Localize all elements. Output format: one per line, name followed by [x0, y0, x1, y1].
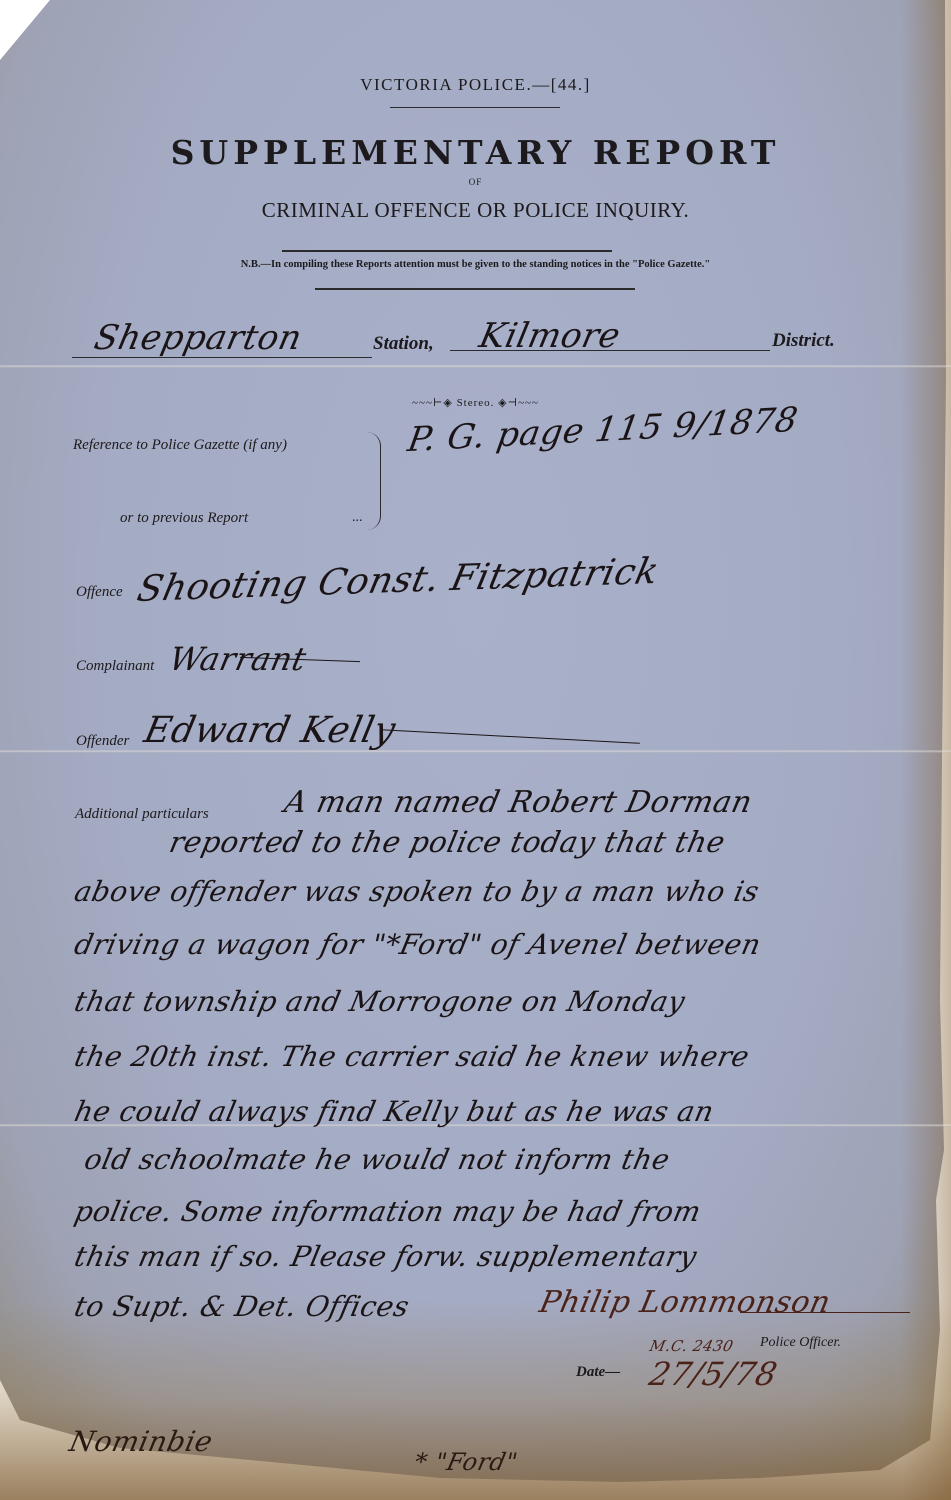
form-title: SUPPLEMENTARY REPORT — [0, 133, 951, 172]
additional-label: Additional particulars — [75, 806, 209, 823]
particulars-line-7: he could always find Kelly but as he was… — [71, 1095, 717, 1128]
date-value: 27/5/78 — [646, 1355, 781, 1393]
officer-signature: Philip Lommonson — [536, 1285, 834, 1320]
particulars-line-8: old schoolmate he would not inform the — [81, 1143, 672, 1176]
previous-report-dots: ... — [352, 510, 363, 526]
particulars-line-5: that township and Morrogone on Monday — [71, 985, 688, 1018]
divider — [315, 288, 635, 290]
form-header: VICTORIA POLICE.—[44.] — [0, 75, 951, 95]
officer-number: M.C. 2430 — [648, 1337, 735, 1355]
annotation-ford: * "Ford" — [412, 1448, 520, 1476]
officer-label: Police Officer. — [760, 1335, 841, 1351]
particulars-line-2: reported to the police today that the — [166, 825, 728, 859]
particulars-line-11: to Supt. & Det. Offices — [71, 1290, 412, 1323]
previous-report-label: or to previous Report — [120, 510, 248, 527]
particulars-line-10: this man if so. Please forw. supplementa… — [71, 1240, 699, 1273]
divider — [390, 107, 560, 108]
date-label: Date— — [576, 1364, 620, 1381]
form-subtitle: CRIMINAL OFFENCE OR POLICE INQUIRY. — [0, 198, 951, 223]
signature-flourish — [740, 1312, 910, 1313]
station-label: Station, — [373, 333, 434, 355]
station-value: Shepparton — [91, 318, 306, 358]
annotation-nominbie: Nominbie — [66, 1425, 215, 1458]
particulars-line-4: driving a wagon for "*Ford" of Avenel be… — [71, 928, 764, 961]
district-value: Kilmore — [476, 316, 624, 356]
offender-value: Edward Kelly — [141, 710, 400, 751]
form-of: OF — [0, 177, 951, 187]
complainant-label: Complainant — [76, 658, 154, 675]
brace — [366, 432, 381, 530]
fold-line — [0, 365, 951, 368]
district-label: District. — [772, 330, 835, 352]
particulars-line-1: A man named Robert Dorman — [281, 785, 755, 820]
nb-note: N.B.—In compiling these Reports attentio… — [0, 259, 951, 270]
divider — [282, 250, 612, 252]
reference-label: Reference to Police Gazette (if any) — [73, 437, 287, 454]
particulars-line-9: police. Some information may be had from — [71, 1195, 704, 1228]
ornament-divider: ~~~⊢◈ Stereo. ◈⊣~~~ — [0, 396, 951, 409]
particulars-line-6: the 20th inst. The carrier said he knew … — [71, 1040, 752, 1073]
offence-label: Offence — [76, 584, 123, 601]
offender-label: Offender — [76, 733, 129, 750]
particulars-line-3: above offender was spoken to by a man wh… — [71, 875, 762, 908]
